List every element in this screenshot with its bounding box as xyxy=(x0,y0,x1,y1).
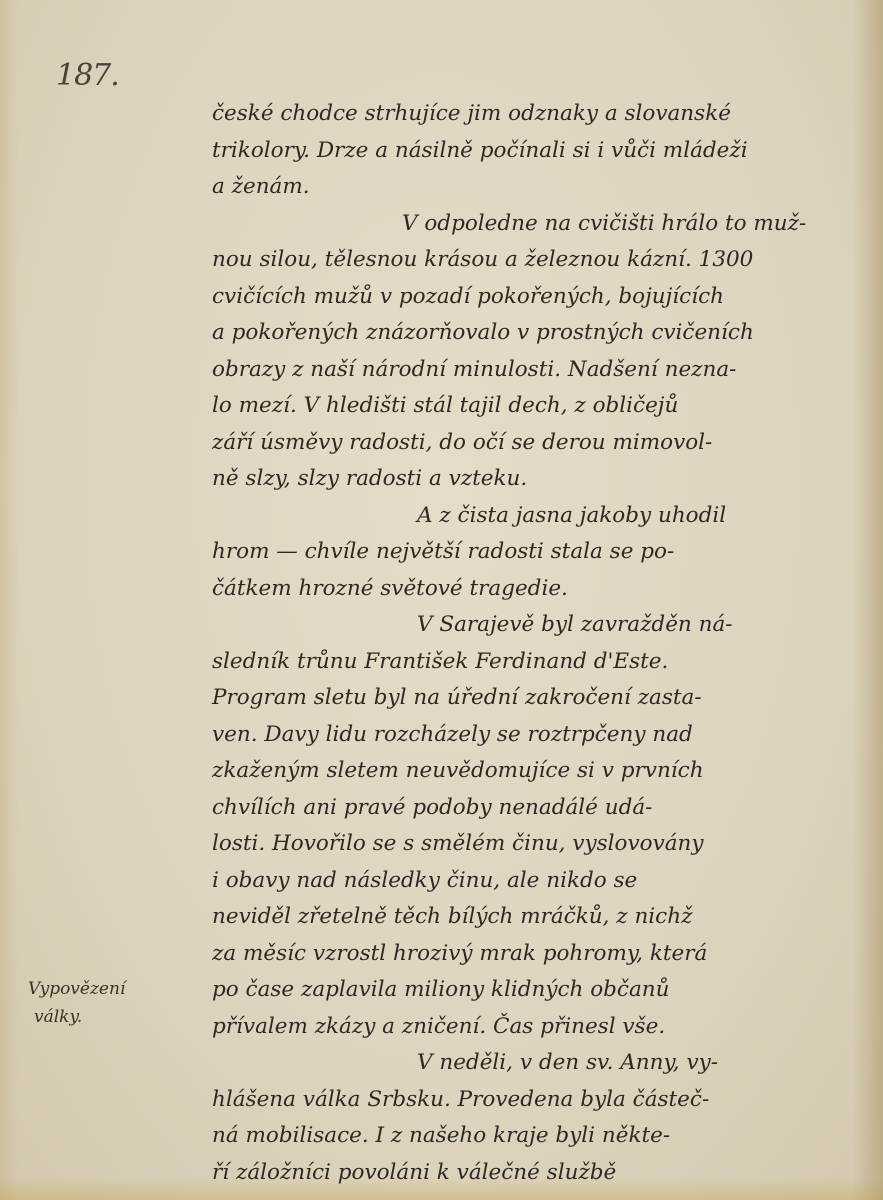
text-line: přívalem zkázy a zničení. Čas přinesl vš… xyxy=(212,1009,862,1046)
text-line: ná mobilisace. I z našeho kraje byli něk… xyxy=(212,1118,862,1155)
margin-note: Vypovězení války. xyxy=(28,975,178,1031)
text-line: neviděl zřetelně těch bílých mráčků, z n… xyxy=(212,899,862,936)
text-line: za měsíc vzrostl hrozivý mrak pohromy, k… xyxy=(212,936,862,973)
text-line: ven. Davy lidu rozcházely se roztrpčeny … xyxy=(212,717,862,754)
page-number: 187. xyxy=(56,58,119,93)
margin-note-line: války. xyxy=(28,1003,178,1031)
text-line: hlášena válka Srbsku. Provedena byla čás… xyxy=(212,1082,862,1119)
text-line: trikolory. Drze a násilně počínali si i … xyxy=(212,133,862,170)
text-line: zkaženým sletem neuvědomujíce si v první… xyxy=(212,753,862,790)
text-line: losti. Hovořilo se s smělém činu, vyslov… xyxy=(212,826,862,863)
text-line: hrom — chvíle největší radosti stala se … xyxy=(212,534,862,571)
text-line: Program sletu byl na úřední zakročení za… xyxy=(212,680,862,717)
text-line: cvičících mužů v pozadí pokořených, boju… xyxy=(212,279,862,316)
text-line: po čase zaplavila miliony klidných občan… xyxy=(212,972,862,1009)
text-line: září úsměvy radosti, do očí se derou mim… xyxy=(212,425,862,462)
margin-note-line: Vypovězení xyxy=(28,975,178,1003)
text-line: sledník trůnu František Ferdinand d'Este… xyxy=(212,644,862,681)
text-line: nou silou, tělesnou krásou a železnou ká… xyxy=(212,242,862,279)
text-line: obrazy z naší národní minulosti. Nadšení… xyxy=(212,352,862,389)
chronicle-page: 187. Vypovězení války. české chodce strh… xyxy=(0,0,883,1200)
paragraph-start-line: A z čista jasna jakoby uhodil xyxy=(212,498,862,535)
text-line: lo mezí. V hledišti stál tajil dech, z o… xyxy=(212,388,862,425)
paragraph-start-line: V odpoledne na cvičišti hrálo to muž- xyxy=(212,206,862,243)
paragraph-start-line: V neděli, v den sv. Anny, vy- xyxy=(212,1045,862,1082)
text-line: ně slzy, slzy radosti a vzteku. xyxy=(212,461,862,498)
handwritten-body: české chodce strhujíce jim odznaky a slo… xyxy=(212,96,862,1191)
text-line: české chodce strhujíce jim odznaky a slo… xyxy=(212,96,862,133)
text-line: chvílích ani pravé podoby nenadálé udá- xyxy=(212,790,862,827)
text-line: a pokořených znázorňovalo v prostných cv… xyxy=(212,315,862,352)
text-line: i obavy nad následky činu, ale nikdo se xyxy=(212,863,862,900)
text-line: a ženám. xyxy=(212,169,862,206)
text-line: čátkem hrozné světové tragedie. xyxy=(212,571,862,608)
text-line: ří záložníci povoláni k válečné službě xyxy=(212,1155,862,1192)
paragraph-start-line: V Sarajevě byl zavražděn ná- xyxy=(212,607,862,644)
